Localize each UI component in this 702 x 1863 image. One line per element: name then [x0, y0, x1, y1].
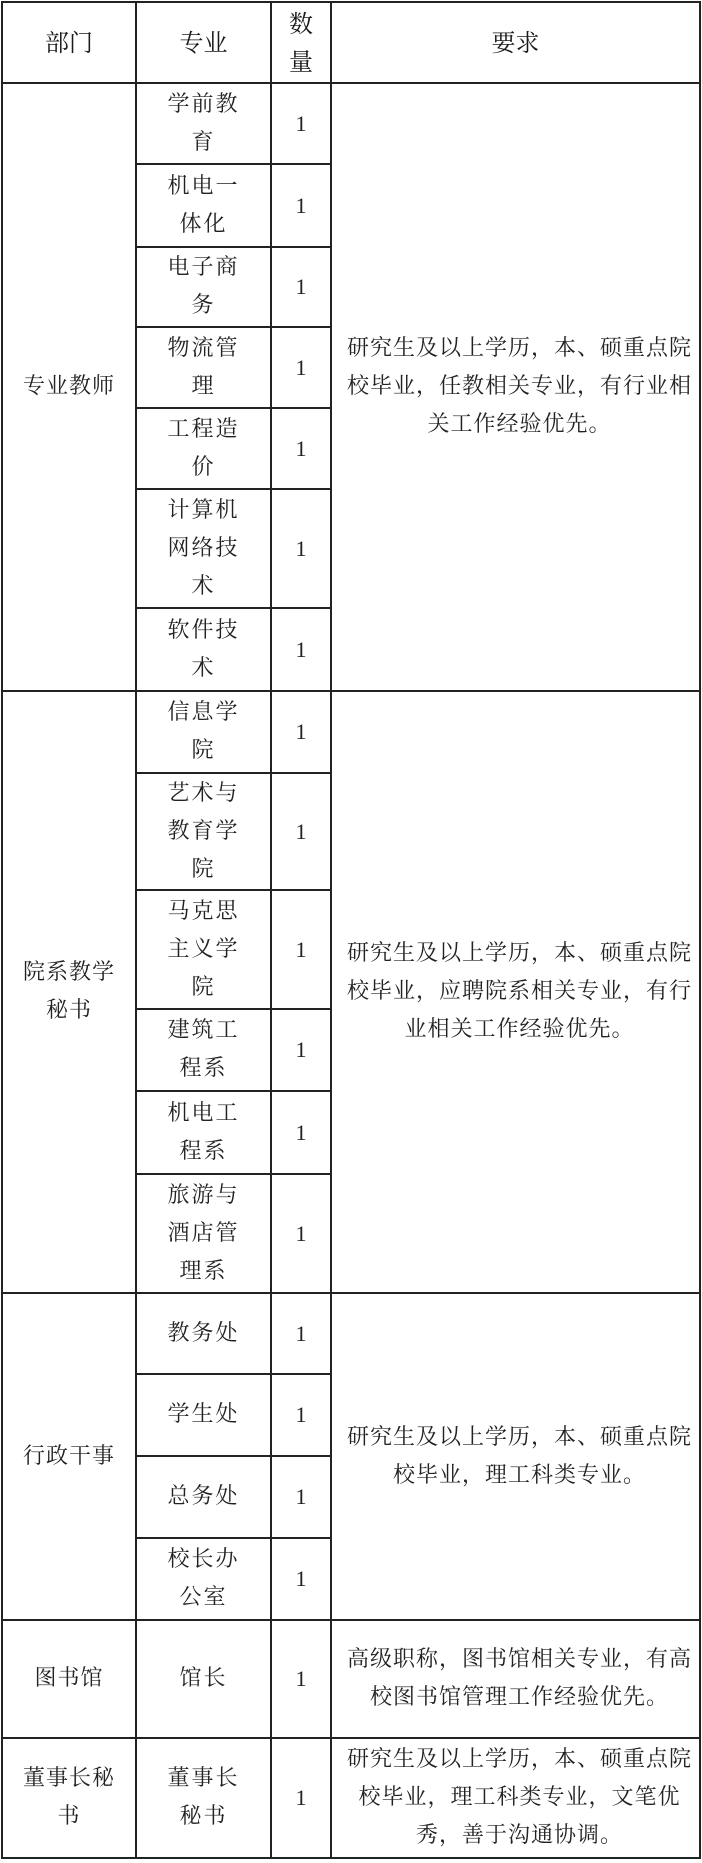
major-cell: 学前教育	[136, 83, 271, 164]
major-cell: 马克思主义学院	[136, 890, 271, 1009]
qty-cell: 1	[271, 890, 331, 1009]
major-label: 物流管理	[162, 330, 246, 406]
major-cell: 馆长	[136, 1620, 271, 1738]
major-cell: 董事长秘书	[136, 1738, 271, 1858]
requirement-cell: 研究生及以上学历，本、硕重点院校毕业，理工科类专业，文笔优秀，善于沟通协调。	[331, 1738, 700, 1858]
qty-cell: 1	[271, 83, 331, 164]
major-cell: 软件技术	[136, 608, 271, 691]
major-label: 计算机网络技术	[162, 492, 246, 606]
major-cell: 机电工程系	[136, 1091, 271, 1174]
major-label: 机电工程系	[162, 1095, 246, 1171]
dept-cell: 院系教学秘书	[2, 691, 136, 1293]
major-cell: 教务处	[136, 1293, 271, 1374]
major-label: 旅游与酒店管理系	[162, 1177, 246, 1291]
dept-cell: 董事长秘书	[2, 1738, 136, 1858]
table-row: 专业教师 学前教育 1 研究生及以上学历，本、硕重点院校毕业，任教相关专业，有行…	[2, 83, 700, 164]
major-label: 学生处	[162, 1396, 246, 1434]
major-label: 教务处	[162, 1315, 246, 1353]
major-cell: 艺术与教育学院	[136, 773, 271, 890]
table-row: 董事长秘书 董事长秘书 1 研究生及以上学历，本、硕重点院校毕业，理工科类专业，…	[2, 1738, 700, 1858]
major-label: 馆长	[162, 1660, 246, 1698]
header-qty-label: 数量	[288, 5, 314, 81]
major-cell: 旅游与酒店管理系	[136, 1174, 271, 1293]
major-label: 电子商务	[162, 249, 246, 325]
major-label: 工程造价	[162, 411, 246, 487]
dept-cell: 专业教师	[2, 83, 136, 691]
qty-cell: 1	[271, 408, 331, 489]
qty-cell: 1	[271, 773, 331, 890]
dept-label: 行政干事	[9, 1438, 129, 1476]
qty-cell: 1	[271, 608, 331, 691]
qty-cell: 1	[271, 1738, 331, 1858]
major-cell: 校长办公室	[136, 1538, 271, 1620]
requirement-cell: 研究生及以上学历，本、硕重点院校毕业，理工科类专业。	[331, 1293, 700, 1620]
major-label: 校长办公室	[162, 1541, 246, 1617]
major-label: 机电一体化	[162, 168, 246, 244]
qty-cell: 1	[271, 247, 331, 327]
major-cell: 建筑工程系	[136, 1009, 271, 1091]
dept-cell: 图书馆	[2, 1620, 136, 1738]
qty-cell: 1	[271, 1174, 331, 1293]
qty-cell: 1	[271, 1538, 331, 1620]
dept-cell: 行政干事	[2, 1293, 136, 1620]
requirement-cell: 高级职称，图书馆相关专业，有高校图书馆管理工作经验优先。	[331, 1620, 700, 1738]
major-label: 软件技术	[162, 612, 246, 688]
major-label: 马克思主义学院	[162, 893, 246, 1007]
major-label: 信息学院	[162, 694, 246, 770]
major-cell: 机电一体化	[136, 164, 271, 247]
major-label: 总务处	[162, 1478, 246, 1516]
major-label: 董事长秘书	[162, 1760, 246, 1836]
major-label: 建筑工程系	[162, 1012, 246, 1088]
table-row: 院系教学秘书 信息学院 1 研究生及以上学历，本、硕重点院校毕业，应聘院系相关专…	[2, 691, 700, 773]
recruitment-table: 部门 专业 数量 要求 专业教师 学前教育 1 研究生及以上学历，本、硕重点院校…	[1, 1, 701, 1859]
qty-cell: 1	[271, 1374, 331, 1456]
major-cell: 工程造价	[136, 408, 271, 489]
header-row: 部门 专业 数量 要求	[2, 2, 700, 83]
header-dept: 部门	[2, 2, 136, 83]
header-major: 专业	[136, 2, 271, 83]
table-row: 行政干事 教务处 1 研究生及以上学历，本、硕重点院校毕业，理工科类专业。	[2, 1293, 700, 1374]
qty-cell: 1	[271, 1456, 331, 1538]
header-qty: 数量	[271, 2, 331, 83]
dept-label: 专业教师	[9, 368, 129, 406]
qty-cell: 1	[271, 327, 331, 408]
major-cell: 学生处	[136, 1374, 271, 1456]
major-cell: 电子商务	[136, 247, 271, 327]
major-cell: 计算机网络技术	[136, 489, 271, 608]
major-cell: 物流管理	[136, 327, 271, 408]
dept-label: 董事长秘书	[19, 1760, 119, 1836]
qty-cell: 1	[271, 1293, 331, 1374]
major-cell: 总务处	[136, 1456, 271, 1538]
qty-cell: 1	[271, 1091, 331, 1174]
qty-cell: 1	[271, 1009, 331, 1091]
table-row: 图书馆 馆长 1 高级职称，图书馆相关专业，有高校图书馆管理工作经验优先。	[2, 1620, 700, 1738]
major-cell: 信息学院	[136, 691, 271, 773]
requirement-cell: 研究生及以上学历，本、硕重点院校毕业，任教相关专业，有行业相关工作经验优先。	[331, 83, 700, 691]
qty-cell: 1	[271, 1620, 331, 1738]
requirement-cell: 研究生及以上学历，本、硕重点院校毕业，应聘院系相关专业，有行业相关工作经验优先。	[331, 691, 700, 1293]
dept-label: 院系教学秘书	[19, 954, 119, 1030]
qty-cell: 1	[271, 164, 331, 247]
qty-cell: 1	[271, 691, 331, 773]
dept-label: 图书馆	[9, 1660, 129, 1698]
major-label: 学前教育	[162, 86, 246, 162]
qty-cell: 1	[271, 489, 331, 608]
header-requirement: 要求	[331, 2, 700, 83]
major-label: 艺术与教育学院	[162, 775, 246, 889]
